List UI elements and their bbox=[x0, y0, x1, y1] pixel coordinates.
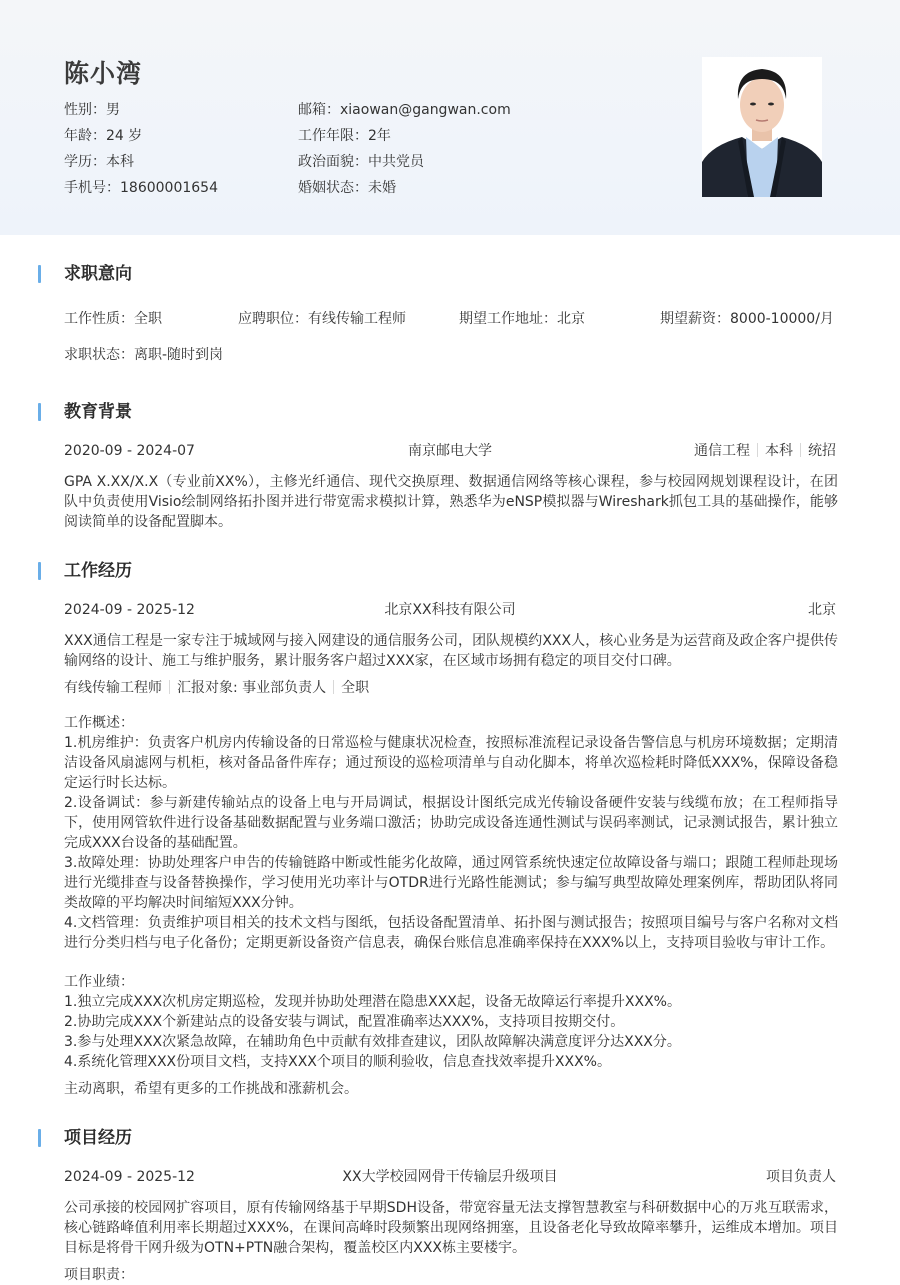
info-education: 学历：本科 bbox=[64, 152, 218, 178]
info-email: 邮箱：xiaowan@gangwan.com bbox=[298, 100, 511, 126]
work-tags: 有线传输工程师汇报对象: 事业部负责人全职 bbox=[64, 678, 369, 698]
info-marital-status: 婚姻状态：未婚 bbox=[298, 178, 511, 204]
project-description: 公司承接的校园网扩容项目，原有传输网络基于早期SDH设备，带宽容量无法支撑智慧教… bbox=[64, 1198, 838, 1258]
accent-bar bbox=[38, 562, 41, 580]
section-work-experience: 工作经历 2024-09 - 2025-12 北京XX科技有限公司 北京 XXX… bbox=[0, 559, 900, 583]
achievement-item: 4.系统化管理XXX份项目文档，支持XXX个项目的顺利验收，信息查找效率提升XX… bbox=[64, 1052, 838, 1072]
info-work-years: 工作年限：2年 bbox=[298, 126, 511, 152]
section-title: 工作经历 bbox=[64, 559, 132, 583]
work-summary-row: 2024-09 - 2025-12 北京XX科技有限公司 北京 bbox=[64, 600, 836, 620]
project-summary-row: 2024-09 - 2025-12 XX大学校园网骨干传输层升级项目 项目负责人 bbox=[64, 1167, 836, 1187]
basic-info-left: 性别：男 年龄：24 岁 学历：本科 手机号：18600001654 bbox=[64, 100, 218, 204]
section-header: 工作经历 bbox=[0, 559, 900, 583]
intent-position: 应聘职位：有线传输工程师 bbox=[238, 309, 406, 329]
info-gender: 性别：男 bbox=[64, 100, 218, 126]
section-job-intent: 求职意向 工作性质：全职 应聘职位：有线传输工程师 期望工作地址：北京 期望薪资… bbox=[0, 262, 900, 286]
overview-item: 1.机房维护：负责客户机房内传输设备的日常巡检与健康状况检查，按照标准流程记录设… bbox=[64, 733, 838, 793]
education-summary-row: 2020-09 - 2024-07 南京邮电大学 通信工程本科统招 bbox=[64, 441, 836, 461]
info-political-status: 政治面貌：中共党员 bbox=[298, 152, 511, 178]
achievement-item: 1.独立完成XXX次机房定期巡检，发现并协助处理潜在隐患XXX起，设备无故障运行… bbox=[64, 992, 838, 1012]
divider bbox=[757, 443, 758, 457]
project-name: XX大学校园网骨干传输层升级项目 bbox=[64, 1167, 836, 1187]
intent-location: 期望工作地址：北京 bbox=[459, 309, 585, 329]
section-header: 求职意向 bbox=[0, 262, 900, 286]
leave-reason: 主动离职，希望有更多的工作挑战和涨薪机会。 bbox=[64, 1079, 838, 1099]
overview-item: 2.设备调试：参与新建传输站点的设备上电与开局调试，根据设计图纸完成光传输设备硬… bbox=[64, 793, 838, 853]
accent-bar bbox=[38, 265, 41, 283]
work-overview: 工作概述： 1.机房维护：负责客户机房内传输设备的日常巡检与健康状况检查，按照标… bbox=[64, 713, 838, 953]
section-project-experience: 项目经历 2024-09 - 2025-12 XX大学校园网骨干传输层升级项目 … bbox=[0, 1126, 900, 1150]
work-location: 北京 bbox=[808, 600, 836, 620]
section-title: 项目经历 bbox=[64, 1126, 132, 1150]
avatar-photo bbox=[702, 57, 822, 197]
info-age: 年龄：24 岁 bbox=[64, 126, 218, 152]
achievement-item: 2.协助完成XXX个新建站点的设备安装与调试，配置准确率达XXX%，支持项目按期… bbox=[64, 1012, 838, 1032]
intent-salary: 期望薪资：8000-10000/月 bbox=[660, 309, 834, 329]
intent-job-type: 工作性质：全职 bbox=[64, 309, 162, 329]
overview-item: 4.文档管理：负责维护项目相关的技术文档与图纸，包括设备配置清单、拓扑图与测试报… bbox=[64, 913, 838, 953]
divider bbox=[800, 443, 801, 457]
education-tags: 通信工程本科统招 bbox=[694, 441, 836, 461]
project-duties-label: 项目职责： bbox=[64, 1265, 838, 1275]
achievement-item: 3.参与处理XXX次紧急故障，在辅助角色中贡献有效排查建议，团队故障解决满意度评… bbox=[64, 1032, 838, 1052]
divider bbox=[169, 680, 170, 694]
candidate-name: 陈小湾 bbox=[64, 54, 142, 90]
education-description: GPA X.XX/X.X（专业前XX%），主修光纤通信、现代交换原理、数据通信网… bbox=[64, 472, 838, 532]
basic-info-right: 邮箱：xiaowan@gangwan.com 工作年限：2年 政治面貌：中共党员… bbox=[298, 100, 511, 204]
divider bbox=[333, 680, 334, 694]
achievements-label: 工作业绩： bbox=[64, 972, 838, 992]
overview-label: 工作概述： bbox=[64, 713, 838, 733]
accent-bar bbox=[38, 1129, 41, 1147]
overview-item: 3.故障处理：协助处理客户申告的传输链路中断或性能劣化故障，通过网管系统快速定位… bbox=[64, 853, 838, 913]
intent-status: 求职状态：离职-随时到岗 bbox=[64, 345, 223, 365]
work-company: 北京XX科技有限公司 bbox=[64, 600, 836, 620]
section-education: 教育背景 2020-09 - 2024-07 南京邮电大学 通信工程本科统招 G… bbox=[0, 400, 900, 424]
work-achievements: 工作业绩： 1.独立完成XXX次机房定期巡检，发现并协助处理潜在隐患XXX起，设… bbox=[64, 972, 838, 1072]
person-portrait-icon bbox=[702, 57, 822, 197]
section-title: 教育背景 bbox=[64, 400, 132, 424]
section-title: 求职意向 bbox=[64, 262, 132, 286]
info-phone: 手机号：18600001654 bbox=[64, 178, 218, 204]
project-role: 项目负责人 bbox=[766, 1167, 836, 1187]
accent-bar bbox=[38, 403, 41, 421]
company-description: XXX通信工程是一家专注于城域网与接入网建设的通信服务公司，团队规模约XXX人，… bbox=[64, 631, 838, 671]
section-header: 教育背景 bbox=[0, 400, 900, 424]
section-header: 项目经历 bbox=[0, 1126, 900, 1150]
resume-header: 陈小湾 性别：男 年龄：24 岁 学历：本科 手机号：18600001654 邮… bbox=[0, 0, 900, 235]
